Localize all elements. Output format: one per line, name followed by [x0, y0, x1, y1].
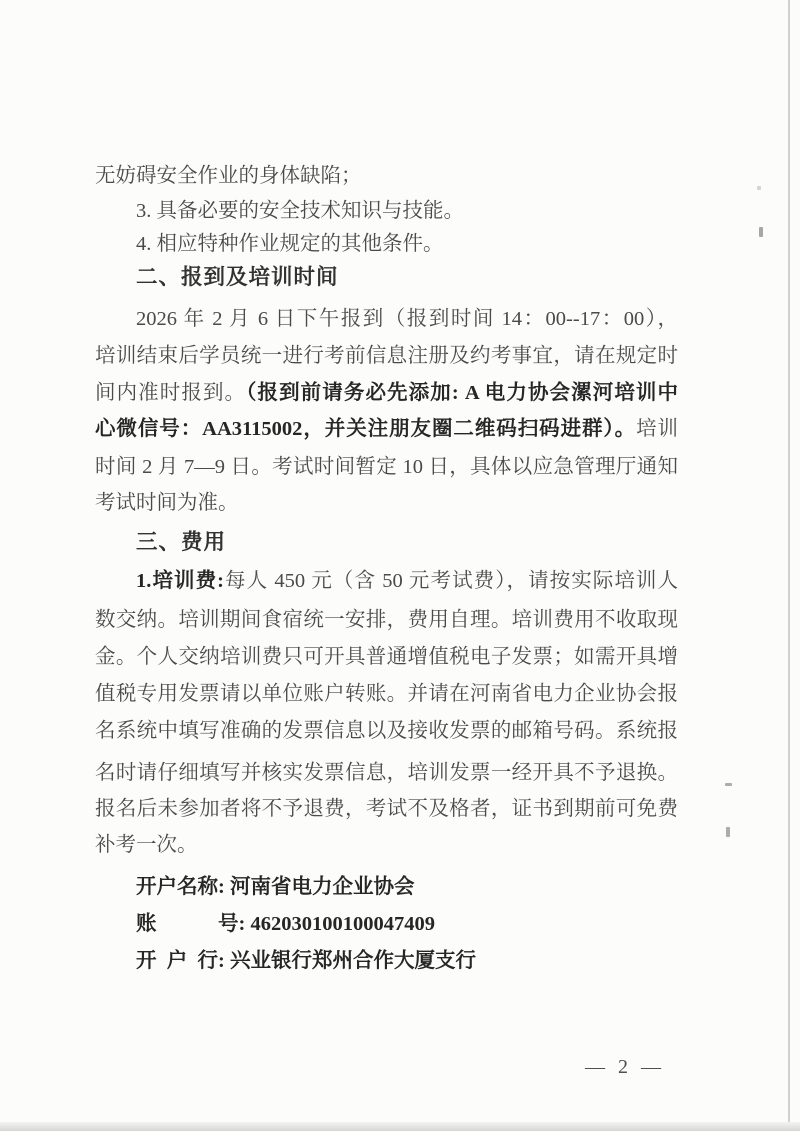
fee-line: 1.培训费:每人 450 元（含 50 元考试费），请按实际培训人	[95, 566, 678, 596]
body-line: 无妨碍安全作业的身体缺陷；	[95, 161, 678, 191]
heading-text: 二、报到及培训时间	[136, 265, 339, 289]
body-line: 数交纳。培训期间食宿统一安排，费用自理。培训费用不收取现	[95, 605, 678, 635]
section-heading-3: 三、费用	[95, 527, 678, 557]
text-segment: 补考一次。	[95, 834, 198, 856]
emphasis-text: （报到前请务必先添加: A 电力协会漯河培训中	[246, 382, 678, 404]
text-segment: 培训结束后学员统一进行考前信息注册及约考事宜，请在规定时	[95, 345, 678, 367]
text-segment: 金。个人交纳培训费只可开具普通增值税电子发票；如需开具增	[95, 646, 678, 668]
text-segment: 培训	[636, 418, 678, 440]
text-segment: 时间 2 月 7—9 日。考试时间暂定 10 日，具体以应急管理厅通知	[95, 456, 678, 478]
body-line: 报名后未参加者将不予退费，考试不及格者，证书到期前可免费	[95, 794, 678, 824]
text-segment: 考试时间为准。	[95, 492, 239, 514]
emphasis-text: 心微信号：AA3115002，并关注朋友圈二维码扫码进群）。	[95, 418, 636, 440]
section-heading-2: 二、报到及培训时间	[95, 262, 678, 292]
body-line: 培训结束后学员统一进行考前信息注册及约考事宜，请在规定时	[95, 341, 678, 371]
bank-account-number-line: 账 号: 462030100100047409	[95, 909, 678, 939]
scan-artifact	[726, 827, 730, 837]
list-item-4: 4. 相应特种作业规定的其他条件。	[95, 229, 678, 259]
body-line: 心微信号：AA3115002，并关注朋友圈二维码扫码进群）。培训	[95, 414, 678, 444]
text-segment: 无妨碍安全作业的身体缺陷；	[95, 165, 362, 187]
body-line: 间内准时报到。（报到前请务必先添加: A 电力协会漯河培训中	[95, 378, 678, 408]
text-segment: 值税专用发票请以单位账户转账。并请在河南省电力企业协会报	[95, 683, 678, 705]
text-segment: 报名后未参加者将不予退费，考试不及格者，证书到期前可免费	[95, 798, 678, 820]
emphasis-text: 1.培训费:	[136, 570, 224, 592]
body-line: 值税专用发票请以单位账户转账。并请在河南省电力企业协会报	[95, 679, 678, 709]
bank-account-number: 账 号: 462030100100047409	[136, 913, 435, 935]
body-line: 金。个人交纳培训费只可开具普通增值税电子发票；如需开具增	[95, 642, 678, 672]
text-segment: 数交纳。培训期间食宿统一安排，费用自理。培训费用不收取现	[95, 609, 678, 631]
list-item-3: 3. 具备必要的安全技术知识与技能。	[95, 196, 678, 226]
text-segment: 2026 年 2 月 6 日下午报到（报到时间 14：00--17：00），	[136, 308, 678, 330]
text-segment: 4. 相应特种作业规定的其他条件。	[136, 233, 444, 255]
body-line: 时间 2 月 7—9 日。考试时间暂定 10 日，具体以应急管理厅通知	[95, 452, 678, 482]
body-line: 名时请仔细填写并核实发票信息，培训发票一经开具不予退换。	[95, 758, 678, 788]
text-segment: 名时请仔细填写并核实发票信息，培训发票一经开具不予退换。	[95, 762, 678, 784]
page-edge-shadow-right	[788, 0, 790, 1131]
body-line: 名系统中填写准确的发票信息以及接收发票的邮箱号码。系统报	[95, 716, 678, 746]
scan-artifact	[759, 227, 763, 237]
scan-artifact	[725, 783, 732, 786]
scan-artifact	[757, 186, 761, 190]
page-edge-shadow-bottom	[0, 1122, 800, 1131]
text-segment: 3. 具备必要的安全技术知识与技能。	[136, 200, 464, 222]
body-line: 补考一次。	[95, 830, 678, 860]
page-number: — 2 —	[585, 1052, 675, 1082]
text-segment: 名系统中填写准确的发票信息以及接收发票的邮箱号码。系统报	[95, 720, 678, 742]
bank-account-name-line: 开户名称: 河南省电力企业协会	[95, 872, 678, 902]
text-segment: 间内准时报到。	[95, 382, 246, 404]
scanned-document-page: 无妨碍安全作业的身体缺陷； 3. 具备必要的安全技术知识与技能。 4. 相应特种…	[0, 0, 800, 1131]
bank-branch-line: 开 户 行: 兴业银行郑州合作大厦支行	[95, 946, 678, 976]
bank-branch: 开 户 行: 兴业银行郑州合作大厦支行	[136, 950, 476, 972]
heading-text: 三、费用	[136, 530, 226, 554]
text-segment: 每人 450 元（含 50 元考试费），请按实际培训人	[224, 570, 678, 592]
bank-account-name: 开户名称: 河南省电力企业协会	[136, 876, 414, 898]
body-line: 考试时间为准。	[95, 488, 678, 518]
body-line: 2026 年 2 月 6 日下午报到（报到时间 14：00--17：00），	[95, 304, 678, 334]
